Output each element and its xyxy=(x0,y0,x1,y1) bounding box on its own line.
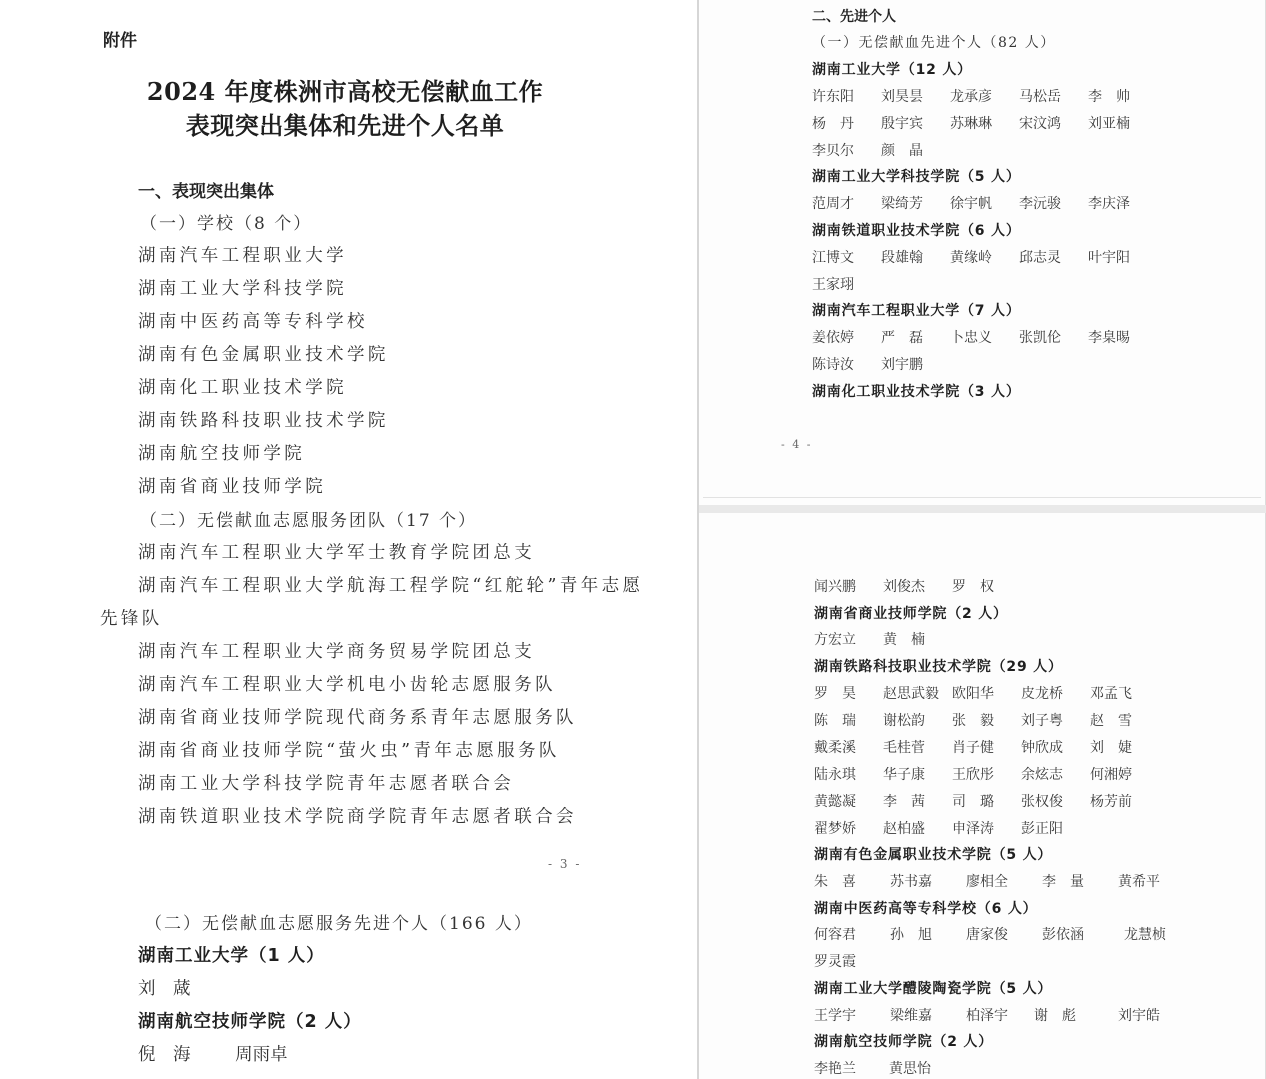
person-name: 朱 喜 xyxy=(814,871,890,891)
name-row: 罗灵霞 xyxy=(814,951,883,971)
person-name: 张 毅 xyxy=(952,710,1021,730)
person-name: 殷宇宾 xyxy=(881,113,950,133)
section-heading-collectives: 一、表现突出集体 xyxy=(138,177,274,202)
name-row: 闻兴鹏 刘俊杰 罗 权 xyxy=(814,576,1021,596)
right-page-column: 二、先进个人 （一）无偿献血先进个人（82 人） 湖南工业大学（12 人） 许东… xyxy=(697,0,1266,1079)
person-name: 彭正阳 xyxy=(1021,818,1090,838)
name-row: 黄懿凝 李 茜 司 璐 张权俊 杨芳前 xyxy=(814,791,1159,811)
person-name: 谢 彪 xyxy=(1034,1005,1118,1025)
person-name: 王家珝 xyxy=(812,274,881,294)
name-row: 王家珝 xyxy=(812,274,881,294)
person-name: 唐家俊 xyxy=(966,924,1042,944)
name-row: 江博文 段雄翰 黄缘岭 邱志灵 叶宇阳 xyxy=(812,247,1157,267)
person-name: 刘宇皓 xyxy=(1118,1005,1187,1025)
org-heading: 湖南铁路科技职业技术学院（29 人） xyxy=(814,656,1063,676)
person-name: 闻兴鹏 xyxy=(814,576,883,596)
section-heading-individuals: 二、先进个人 xyxy=(812,6,896,26)
person-name: 李臬晹 xyxy=(1088,327,1157,347)
person-name: 杨 丹 xyxy=(812,113,881,133)
person-name: 黄 楠 xyxy=(883,629,952,649)
person-name: 张权俊 xyxy=(1021,791,1090,811)
person-name: 黄缘岭 xyxy=(950,247,1019,267)
school-item: 湖南化工职业技术学院 xyxy=(138,374,347,399)
org-heading: 湖南工业大学（12 人） xyxy=(812,59,972,79)
org-heading: 湖南铁道职业技术学院（6 人） xyxy=(812,220,1021,240)
person-name: 龙承彦 xyxy=(950,86,1019,106)
person-name: 谢松韵 xyxy=(883,710,952,730)
name-row: 罗 昊 赵思武毅 欧阳华 皮龙桥 邓孟飞 xyxy=(814,683,1159,703)
person-name: 申泽涛 xyxy=(952,818,1021,838)
name-row: 陆永琪 华子康 王欣彤 余炫志 何湘婷 xyxy=(814,764,1159,784)
page-bottom-rule xyxy=(703,497,1261,498)
person-name: 赵 雪 xyxy=(1090,710,1159,730)
person-name: 柏泽宇 xyxy=(966,1005,1034,1025)
subsection-heading-volunteers: （二）无偿献血志愿服务先进个人（166 人） xyxy=(145,909,533,934)
org-heading: 湖南有色金属职业技术学院（5 人） xyxy=(814,844,1052,864)
person-name: 李庆泽 xyxy=(1088,193,1157,213)
name-row: 杨 丹 殷宇宾 苏琳琳 宋汶鸿 刘亚楠 xyxy=(812,113,1157,133)
person-name: 李艳兰 xyxy=(814,1058,889,1078)
org-heading: 湖南工业大学科技学院（5 人） xyxy=(812,166,1021,186)
person-name: 许东阳 xyxy=(812,86,881,106)
person-name: 龙慧桢 xyxy=(1124,924,1193,944)
person-name: 翟梦娇 xyxy=(814,818,883,838)
person-name: 余炫志 xyxy=(1021,764,1090,784)
person-name: 姜依婷 xyxy=(812,327,881,347)
name-row: 陈诗汝 刘宇鹏 xyxy=(812,354,950,374)
person-name: 刘俊杰 xyxy=(883,576,952,596)
person-name: 皮龙桥 xyxy=(1021,683,1090,703)
person-name: 戴柔溪 xyxy=(814,737,883,757)
school-item: 湖南有色金属职业技术学院 xyxy=(138,341,389,366)
person-name: 马松岳 xyxy=(1019,86,1088,106)
person-name: 徐宇帆 xyxy=(950,193,1019,213)
person-name: 杨芳前 xyxy=(1090,791,1159,811)
person-name: 倪 海 xyxy=(138,1041,230,1066)
org-heading: 湖南工业大学（1 人） xyxy=(138,942,325,967)
person-name: 苏书嘉 xyxy=(890,871,966,891)
person-name: 彭依涵 xyxy=(1042,924,1124,944)
subsection-heading-teams: （二）无偿献血志愿服务团队（17 个） xyxy=(140,506,477,531)
name-row: 戴柔溪 毛桂菅 肖子健 钟欣成 刘 婕 xyxy=(814,737,1159,757)
person-name: 黄希平 xyxy=(1118,871,1187,891)
name-row: 李贝尔 颜 晶 xyxy=(812,140,950,160)
person-name: 赵思武毅 xyxy=(883,683,952,703)
person-name: 肖子健 xyxy=(952,737,1021,757)
person-name: 黄懿凝 xyxy=(814,791,883,811)
team-item: 湖南省商业技师学院现代商务系青年志愿服务队 xyxy=(138,704,577,729)
person-name: 司 璐 xyxy=(952,791,1021,811)
person-name: 刘亚楠 xyxy=(1088,113,1157,133)
team-item: 湖南省商业技师学院“萤火虫”青年志愿服务队 xyxy=(138,737,560,762)
name-row: 李艳兰 黄思怡 xyxy=(814,1058,958,1078)
person-name: 严 磊 xyxy=(881,327,950,347)
school-item: 湖南汽车工程职业大学 xyxy=(138,242,347,267)
subsection-heading-schools: （一）学校（8 个） xyxy=(140,209,312,234)
org-heading: 湖南省商业技师学院（2 人） xyxy=(814,603,1008,623)
person-name: 华子康 xyxy=(883,764,952,784)
team-item: 湖南汽车工程职业大学军士教育学院团总支 xyxy=(138,539,535,564)
team-item-continuation: 先锋队 xyxy=(100,605,163,630)
person-name: 李 茜 xyxy=(883,791,952,811)
school-item: 湖南省商业技师学院 xyxy=(138,473,326,498)
document-title-line1: 2024 年度株洲市高校无偿献血工作 xyxy=(100,72,590,107)
page-number: - 3 - xyxy=(548,857,581,871)
person-name: 何湘婷 xyxy=(1090,764,1159,784)
person-name: 刘昊昙 xyxy=(881,86,950,106)
name-row: 倪 海 周雨卓 xyxy=(138,1041,288,1066)
person-name: 李沅骏 xyxy=(1019,193,1088,213)
person-name: 邓孟飞 xyxy=(1090,683,1159,703)
org-heading: 湖南工业大学醴陵陶瓷学院（5 人） xyxy=(814,978,1052,998)
team-item: 湖南汽车工程职业大学机电小齿轮志愿服务队 xyxy=(138,671,556,696)
team-item: 湖南汽车工程职业大学商务贸易学院团总支 xyxy=(138,638,535,663)
person-name: 颜 晶 xyxy=(881,140,950,160)
person-name: 梁维嘉 xyxy=(890,1005,966,1025)
person-name: 范周才 xyxy=(812,193,881,213)
person-name: 叶宇阳 xyxy=(1088,247,1157,267)
org-heading: 湖南汽车工程职业大学（7 人） xyxy=(812,300,1021,320)
name-row: 方宏立 黄 楠 xyxy=(814,629,952,649)
name-row: 何容君 孙 旭 唐家俊 彭依涵 龙慧桢 xyxy=(814,924,1193,944)
document-page-4: 二、先进个人 （一）无偿献血先进个人（82 人） 湖南工业大学（12 人） 许东… xyxy=(699,0,1266,505)
org-heading: 湖南化工职业技术学院（3 人） xyxy=(812,381,1021,401)
person-name: 罗灵霞 xyxy=(814,951,883,971)
team-item: 湖南汽车工程职业大学航海工程学院“红舵轮”青年志愿 xyxy=(138,572,643,597)
team-item: 湖南铁道职业技术学院商学院青年志愿者联合会 xyxy=(138,803,577,828)
person-name: 刘子粤 xyxy=(1021,710,1090,730)
school-item: 湖南工业大学科技学院 xyxy=(138,275,347,300)
person-name: 何容君 xyxy=(814,924,890,944)
name-row: 刘 蒧 xyxy=(138,975,191,1000)
person-name: 卜忠义 xyxy=(950,327,1019,347)
person-name: 刘 蒧 xyxy=(138,975,191,1000)
person-name: 黄思怡 xyxy=(889,1058,958,1078)
person-name: 欧阳华 xyxy=(952,683,1021,703)
name-row: 许东阳 刘昊昙 龙承彦 马松岳 李 帅 xyxy=(812,86,1157,106)
person-name: 廖相全 xyxy=(966,871,1042,891)
person-name: 王欣彤 xyxy=(952,764,1021,784)
person-name: 陆永琪 xyxy=(814,764,883,784)
name-row: 王学宇 梁维嘉 柏泽宇 谢 彪 刘宇皓 xyxy=(814,1005,1187,1025)
person-name: 刘宇鹏 xyxy=(881,354,950,374)
name-row: 姜依婷 严 磊 卜忠义 张凯伦 李臬晹 xyxy=(812,327,1157,347)
person-name: 赵柏盛 xyxy=(883,818,952,838)
document-page-3: 附件 2024 年度株洲市高校无偿献血工作 表现突出集体和先进个人名单 一、表现… xyxy=(0,0,697,1079)
person-name: 段雄翰 xyxy=(881,247,950,267)
person-name: 罗 昊 xyxy=(814,683,883,703)
org-heading: 湖南航空技师学院（2 人） xyxy=(814,1031,993,1051)
person-name: 李 帅 xyxy=(1088,86,1157,106)
person-name: 陈诗汝 xyxy=(812,354,881,374)
person-name: 梁绮芳 xyxy=(881,193,950,213)
person-name: 孙 旭 xyxy=(890,924,966,944)
person-name: 毛桂菅 xyxy=(883,737,952,757)
person-name: 苏琳琳 xyxy=(950,113,1019,133)
subsection-heading-donors: （一）无偿献血先进个人（82 人） xyxy=(812,32,1056,52)
name-row: 翟梦娇 赵柏盛 申泽涛 彭正阳 xyxy=(814,818,1090,838)
person-name: 李 量 xyxy=(1042,871,1118,891)
name-row: 陈 瑞 谢松韵 张 毅 刘子粤 赵 雪 xyxy=(814,710,1159,730)
team-item: 湖南工业大学科技学院青年志愿者联合会 xyxy=(138,770,514,795)
person-name: 方宏立 xyxy=(814,629,883,649)
person-name: 王学宇 xyxy=(814,1005,890,1025)
attachment-label: 附件 xyxy=(103,26,137,51)
person-name: 钟欣成 xyxy=(1021,737,1090,757)
person-name: 邱志灵 xyxy=(1019,247,1088,267)
org-heading: 湖南航空技师学院（2 人） xyxy=(138,1008,362,1033)
school-item: 湖南中医药高等专科学校 xyxy=(138,308,368,333)
person-name: 罗 权 xyxy=(952,576,1021,596)
school-item: 湖南铁路科技职业技术学院 xyxy=(138,407,389,432)
name-row: 范周才 梁绮芳 徐宇帆 李沅骏 李庆泽 xyxy=(812,193,1157,213)
page-number: - 4 - xyxy=(781,438,812,451)
person-name: 江博文 xyxy=(812,247,881,267)
org-heading: 湖南中医药高等专科学校（6 人） xyxy=(814,898,1037,918)
person-name: 周雨卓 xyxy=(235,1041,288,1066)
school-item: 湖南航空技师学院 xyxy=(138,440,305,465)
person-name: 宋汶鸿 xyxy=(1019,113,1088,133)
person-name: 李贝尔 xyxy=(812,140,881,160)
document-title-line2: 表现突出集体和先进个人名单 xyxy=(100,106,590,141)
person-name: 张凯伦 xyxy=(1019,327,1088,347)
person-name: 刘 婕 xyxy=(1090,737,1159,757)
document-page-5: 闻兴鹏 刘俊杰 罗 权 湖南省商业技师学院（2 人） 方宏立 黄 楠 湖南铁路科… xyxy=(699,513,1266,1079)
name-row: 朱 喜 苏书嘉 廖相全 李 量 黄希平 xyxy=(814,871,1187,891)
person-name: 陈 瑞 xyxy=(814,710,883,730)
